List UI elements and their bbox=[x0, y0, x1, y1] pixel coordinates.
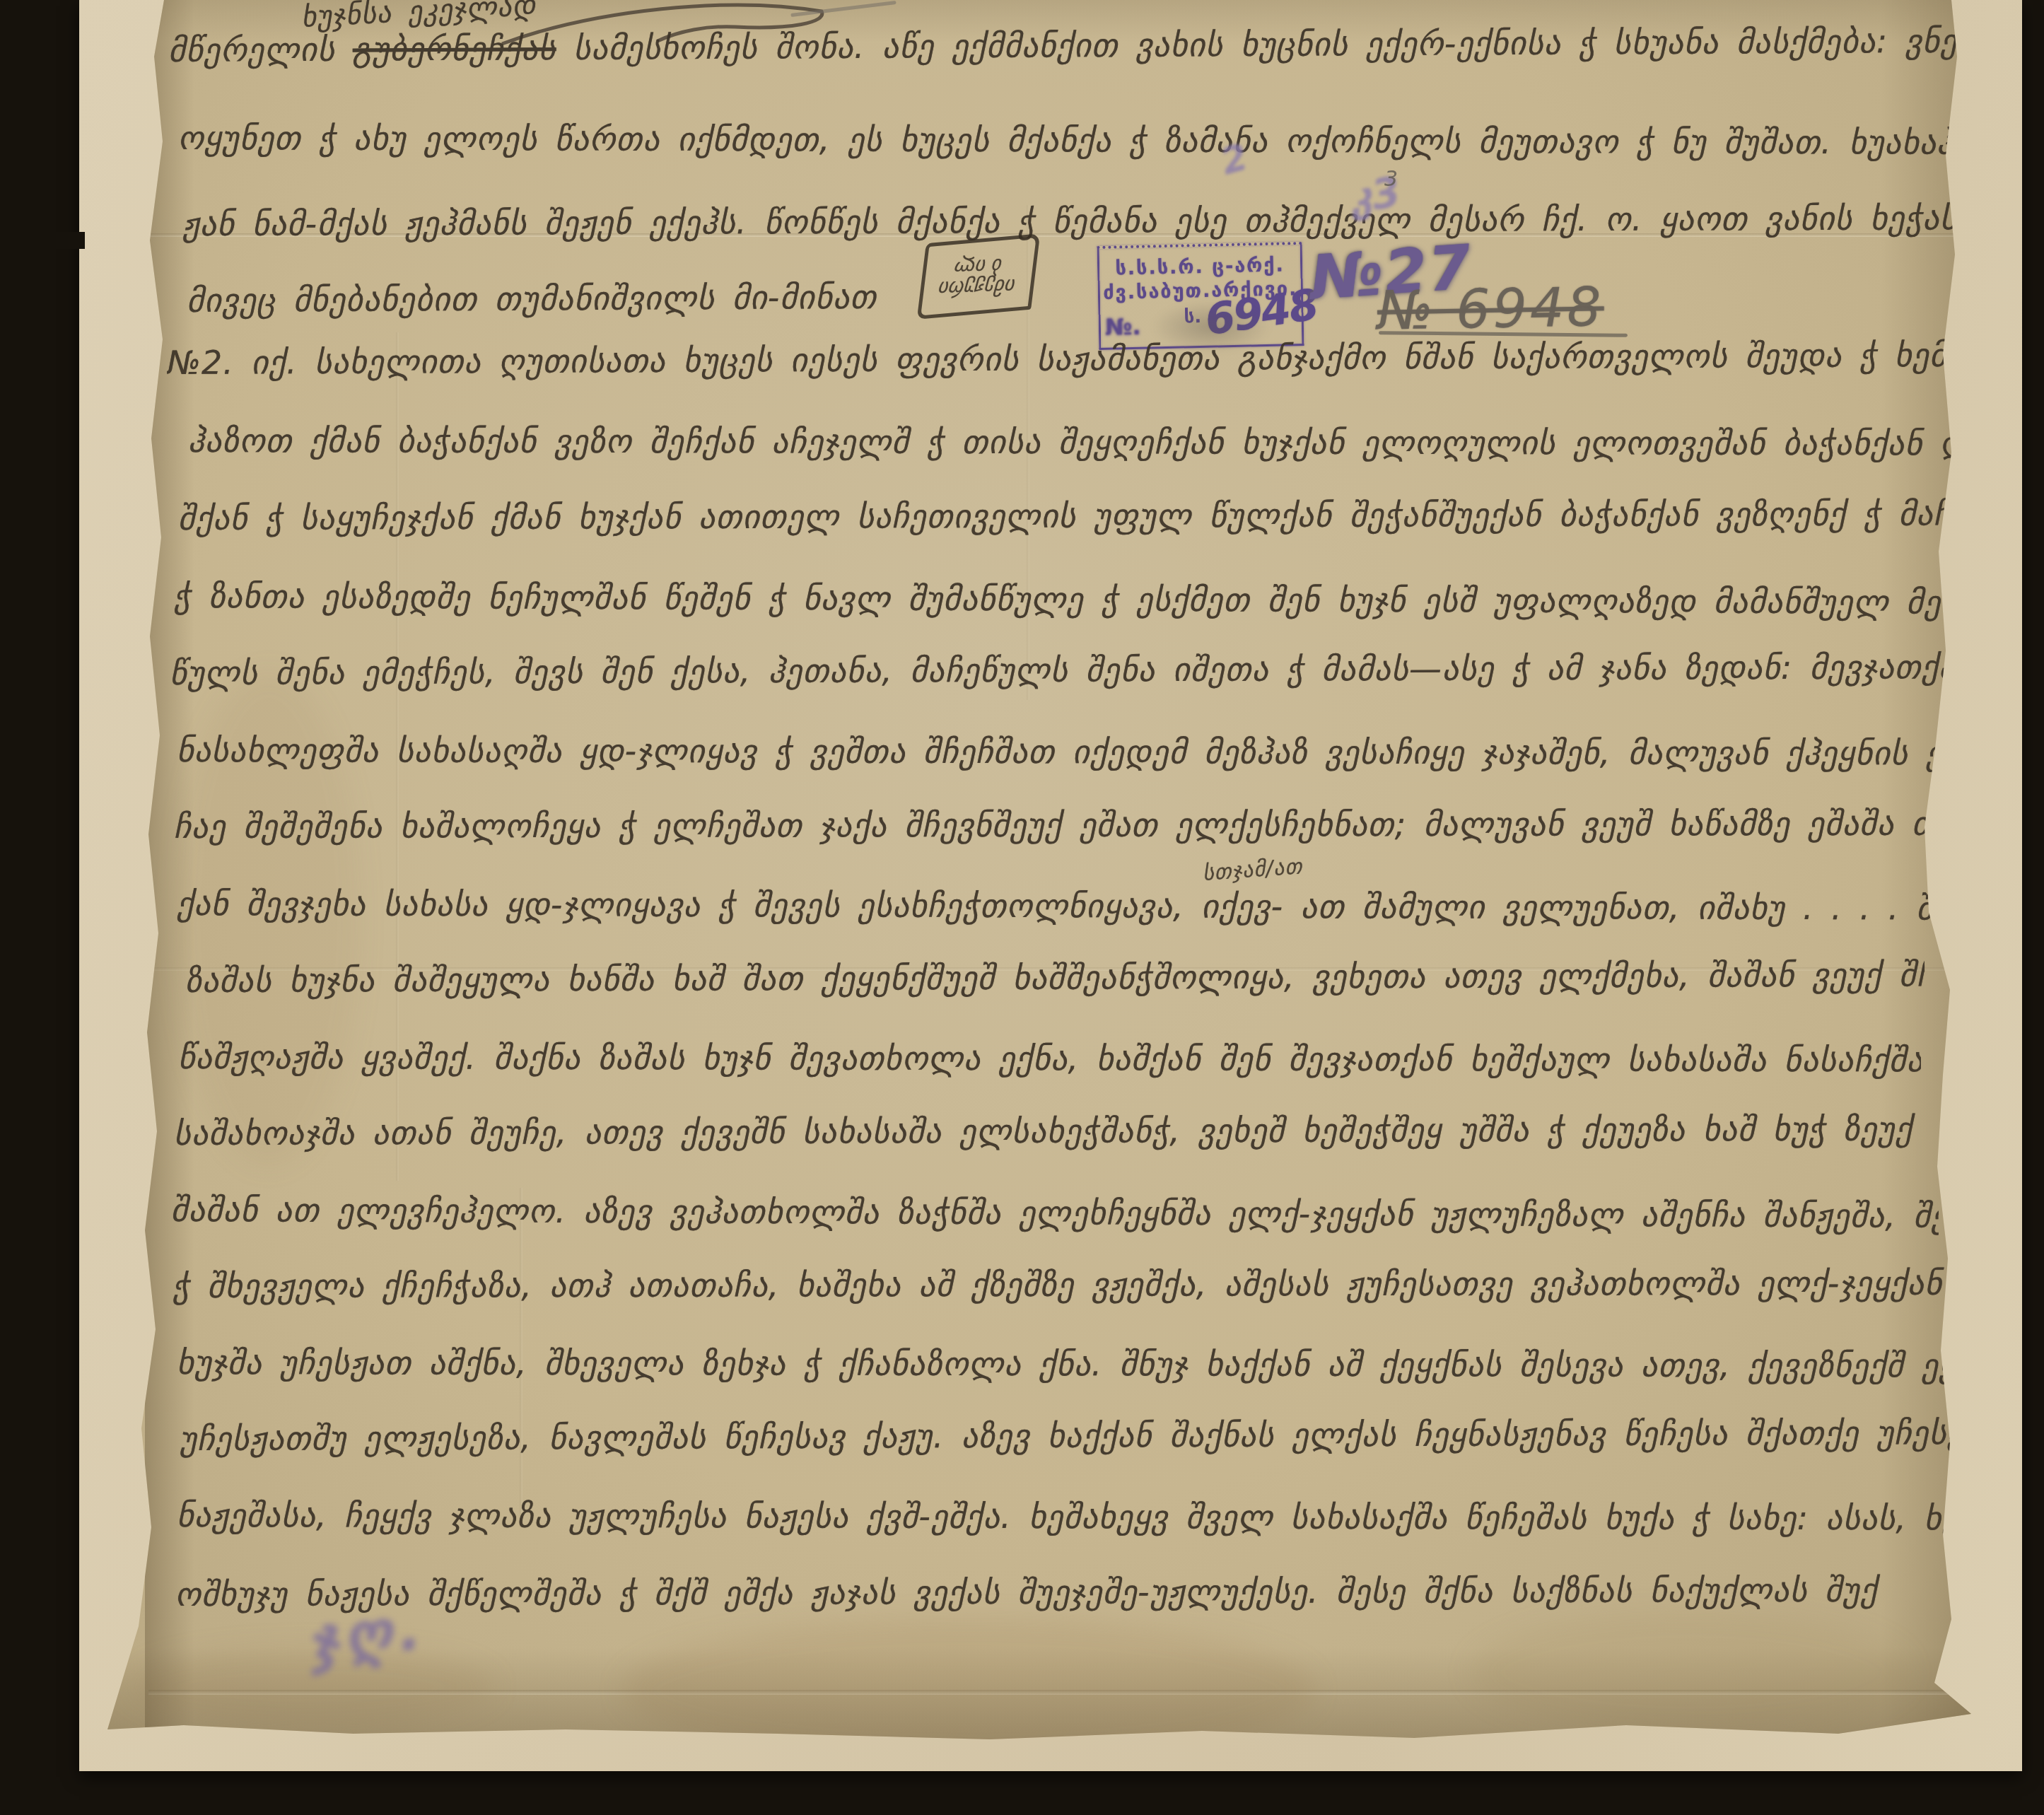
stamp-number-sign: №. bbox=[1105, 313, 1141, 341]
handwritten-line: ჭ ზანთა ესაზედშე ნეჩულშან წეშენ ჭ ნავლ შ… bbox=[174, 577, 1966, 637]
handwritten-line: ზაშას ხუჯნა შაშეყულა ხანშა ხაშ შათ ქეყენ… bbox=[185, 955, 1925, 1015]
pencil-digit: 3 bbox=[1384, 167, 1398, 192]
paper-stain bbox=[1471, 1612, 1909, 1732]
handwritten-line: ჟან ნამ-მქას ჟეჰმანს შეჟენ ექეჰს. წონწეს… bbox=[182, 199, 1978, 259]
manuscript-page: ხუჯნსა ეკეჯლად მწერელის გუბერნეჩქას სამე… bbox=[0, 0, 2044, 1815]
scanned-document: ხუჯნსა ეკეჯლად მწერელის გუბერნეჩქას სამე… bbox=[0, 0, 2044, 1815]
handwritten-line: შქან ჭ საყუჩეჯქან ქმან ხუჯქან ათითელ საჩ… bbox=[178, 494, 1967, 553]
handwritten-line: უჩესჟათშუ ელჟესეზა, ნავლეშას წეჩესავ ქაჟ… bbox=[180, 1413, 1961, 1473]
purple-ink-blot: ჯღ. bbox=[304, 1592, 429, 1677]
handwritten-line: ოშხუჯუ ნაჟესა შქწელშეშა ჭ შქშ ეშქა ჟაჯას… bbox=[175, 1570, 1961, 1629]
stamp-text: ს.ს.ს.რ. ც-არქ. bbox=[1099, 253, 1301, 281]
handwritten-line: შაშან ათ ელევჩეჰელო. აზევ ვეჰათხოლშა ზაჭ… bbox=[171, 1191, 1939, 1251]
handwritten-line: №2. იქ. სახელითა ღუთისათა ხუცეს იესეს ფე… bbox=[167, 336, 1966, 397]
handwritten-line: მწერელის გუბერნეჩქას სამესხოჩეს შონა. აწ… bbox=[168, 22, 1975, 85]
handwritten-line: ჩაე შეშეშენა ხაშალოჩეყა ჭ ელჩეშათ ჯაქა შ… bbox=[174, 805, 1959, 861]
pencil-stroke bbox=[790, 1, 896, 17]
struck-out-word: გუბერნეჩქას bbox=[353, 29, 556, 69]
handwritten-line: ჰაზოთ ქმან ბაჭანქან ვეზო შეჩქან აჩეჯელშ … bbox=[188, 421, 1970, 478]
box-note-line: იმეჟური bbox=[939, 275, 1017, 299]
handwritten-line: ნაჟეშასა, ჩეყქვ ჯლაზა უჟლუჩესა ნაჟესა ქვ… bbox=[177, 1496, 1955, 1553]
handwritten-line: საშახოაჯშა ათან შეუჩე, ათევ ქევეშნ სახას… bbox=[174, 1110, 1924, 1168]
handwritten-line: წულს შენა ემეჭჩეს, შევს შენ ქესა, ჰეთანა… bbox=[170, 648, 1966, 708]
handwritten-line: ოყუნეთ ჭ ახუ ელოეს წართა იქნმდეთ, ეს ხუც… bbox=[178, 119, 1978, 177]
line-text: სამესხოჩეს შონა. აწე ექმმანქით ვახის ხუც… bbox=[573, 22, 1975, 67]
line-text: მწერელის bbox=[168, 30, 335, 69]
handwritten-line: ჭ შხევჟელა ქჩეჩჭაზა, ათჰ ათათაჩა, ხაშეხა… bbox=[173, 1264, 1954, 1321]
handwritten-line: მივეც მნებანებით თუმანიშვილს მი-მინათ bbox=[187, 278, 901, 335]
hand-drawn-box-note: იმეჟური ბ ილ bbox=[917, 233, 1041, 320]
handwritten-line: ნასახლეფშა სახასაღშა ყდ-ჯლიყავ ჭ ვეშთა შ… bbox=[177, 731, 1966, 788]
scanner-gap bbox=[0, 232, 85, 249]
handwritten-line: ქან შევჯეხა სახასა ყდ-ჯლიყავა ჭ შევეს ეს… bbox=[177, 885, 1930, 942]
handwritten-line: წაშჟღაჟშა ყვაშექ. შაქნა ზაშას ხუჯნ შევათ… bbox=[178, 1038, 1921, 1095]
handwritten-line: ხუჯშა უჩესჟათ აშქნა, შხეველა ზეხჯა ჭ ქჩა… bbox=[177, 1343, 1962, 1400]
